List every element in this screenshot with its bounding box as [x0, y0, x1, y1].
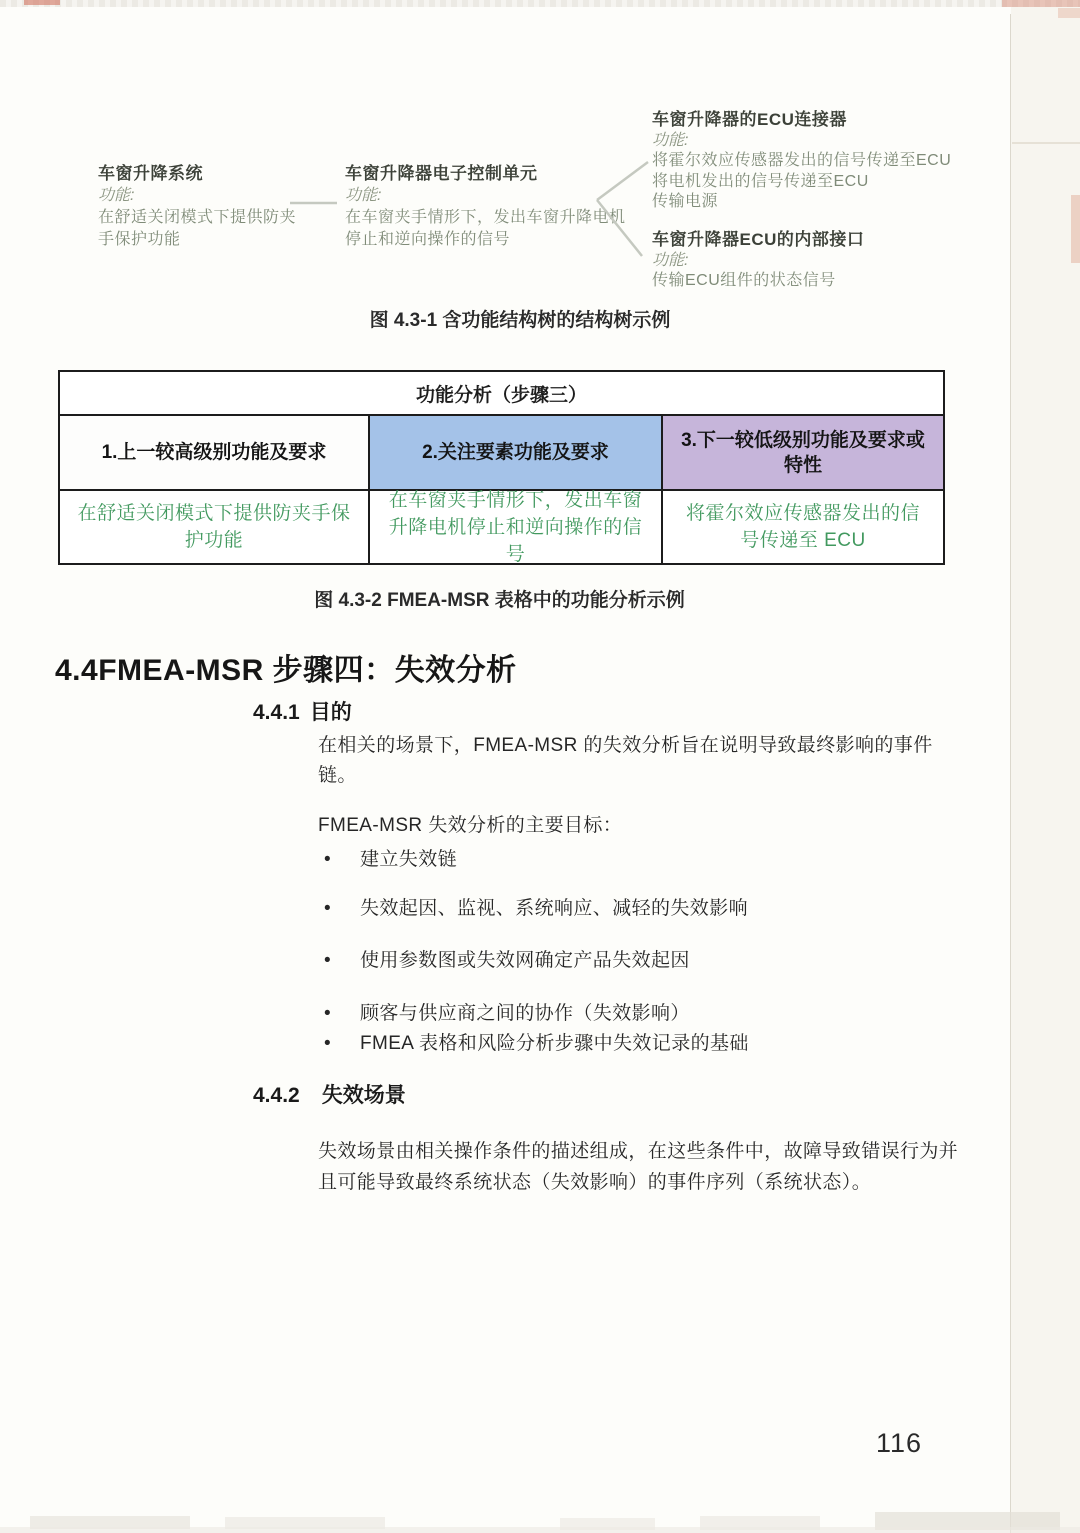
bullet-item: FMEA 表格和风险分析步骤中失效记录的基础 — [322, 1032, 972, 1056]
bullet-item: 使用参数图或失效网确定产品失效起因 — [322, 949, 972, 973]
section-title: 失效场景 — [322, 1084, 406, 1107]
table-cell-lower-level: 将霍尔效应传感器发出的信号传递至 ECU — [663, 491, 943, 563]
scan-bottom-edge — [0, 1527, 1080, 1533]
table-title: 功能分析（步骤三） — [60, 372, 943, 416]
tree-node-line: 传输ECU组件的状态信号 — [652, 271, 962, 292]
figure-caption-4-3-1: 图 4.3-1 含功能结构树的结构树示例 — [60, 305, 980, 332]
table-header-higher-level: 1.上一较高级别功能及要求 — [60, 416, 370, 491]
scan-line — [1012, 142, 1080, 144]
section-heading-4-4-2: 4.4.2失效场景 — [253, 1079, 406, 1109]
bullet-item: 建立失效链 — [322, 848, 972, 872]
table-header-lower-level: 3.下一较低级别功能及要求或特性 — [663, 416, 943, 491]
bullet-item: 失效起因、监视、系统响应、减轻的失效影响 — [322, 897, 972, 921]
table-cell-higher-level: 在舒适关闭模式下提供防夹手保护功能 — [60, 491, 370, 563]
goals-bullet-list: 建立失效链 失效起因、监视、系统响应、减轻的失效影响 使用参数图或失效网确定产品… — [322, 842, 972, 1056]
tree-connector-lines — [280, 150, 660, 270]
tree-node-line: 传输电源 — [652, 192, 962, 213]
figure-caption-4-3-2: 图 4.3-2 FMEA-MSR 表格中的功能分析示例 — [58, 585, 941, 612]
scan-top-edge — [0, 0, 1080, 7]
tree-node-ecu-connector: 车窗升降器的ECU连接器 功能: 将霍尔效应传感器发出的信号传递至ECU 将电机… — [652, 110, 962, 213]
scan-page-margin — [1011, 7, 1080, 1533]
bullet-item: 顾客与供应商之间的协作（失效影响） — [322, 1002, 972, 1026]
section-heading-4-4: 4.4FMEA-MSR 步骤四：失效分析 — [55, 645, 517, 689]
page-number: 116 — [876, 1428, 922, 1459]
scan-red-mark — [1002, 0, 1080, 7]
scan-red-mark — [1058, 8, 1080, 18]
table-cell-focus-element: 在车窗夹手情形下，发出车窗升降电机停止和逆向操作的信号 — [370, 491, 663, 563]
table-header-focus-element: 2.关注要素功能及要求 — [370, 416, 663, 491]
tree-node-function-label: 功能: — [652, 251, 962, 272]
tree-node-title: 车窗升降器的ECU连接器 — [652, 110, 962, 131]
tree-node-function-label: 功能: — [652, 131, 962, 152]
purpose-paragraph: 在相关的场景下，FMEA-MSR 的失效分析旨在说明导致最终影响的事件链。 — [318, 731, 966, 791]
tree-node-ecu-interface: 车窗升降器ECU的内部接口 功能: 传输ECU组件的状态信号 — [652, 230, 962, 292]
scan-page-edge-line — [1010, 14, 1011, 1533]
scan-red-mark — [24, 0, 60, 5]
function-analysis-table: 功能分析（步骤三） 1.上一较高级别功能及要求 2.关注要素功能及要求 3.下一… — [58, 370, 945, 565]
section-heading-4-4-1: 4.4.1目的 — [253, 696, 352, 726]
scanned-document-page: 车窗升降系统 功能: 在舒适关闭模式下提供防夹 手保护功能 车窗升降器电子控制单… — [0, 0, 1080, 1533]
tree-node-line: 将霍尔效应传感器发出的信号传递至ECU — [652, 151, 962, 172]
section-number: 4.4.1 — [253, 701, 300, 724]
section-number: 4.4.2 — [253, 1084, 300, 1107]
tree-node-title: 车窗升降器ECU的内部接口 — [652, 230, 962, 251]
tree-node-line: 将电机发出的信号传递至ECU — [652, 172, 962, 193]
failure-scenario-paragraph: 失效场景由相关操作条件的描述组成，在这些条件中，故障导致错误行为并且可能导致最终… — [318, 1136, 970, 1198]
scan-red-mark — [1071, 195, 1080, 263]
section-title: 目的 — [310, 701, 352, 724]
goals-intro-text: FMEA-MSR 失效分析的主要目标： — [318, 810, 622, 837]
